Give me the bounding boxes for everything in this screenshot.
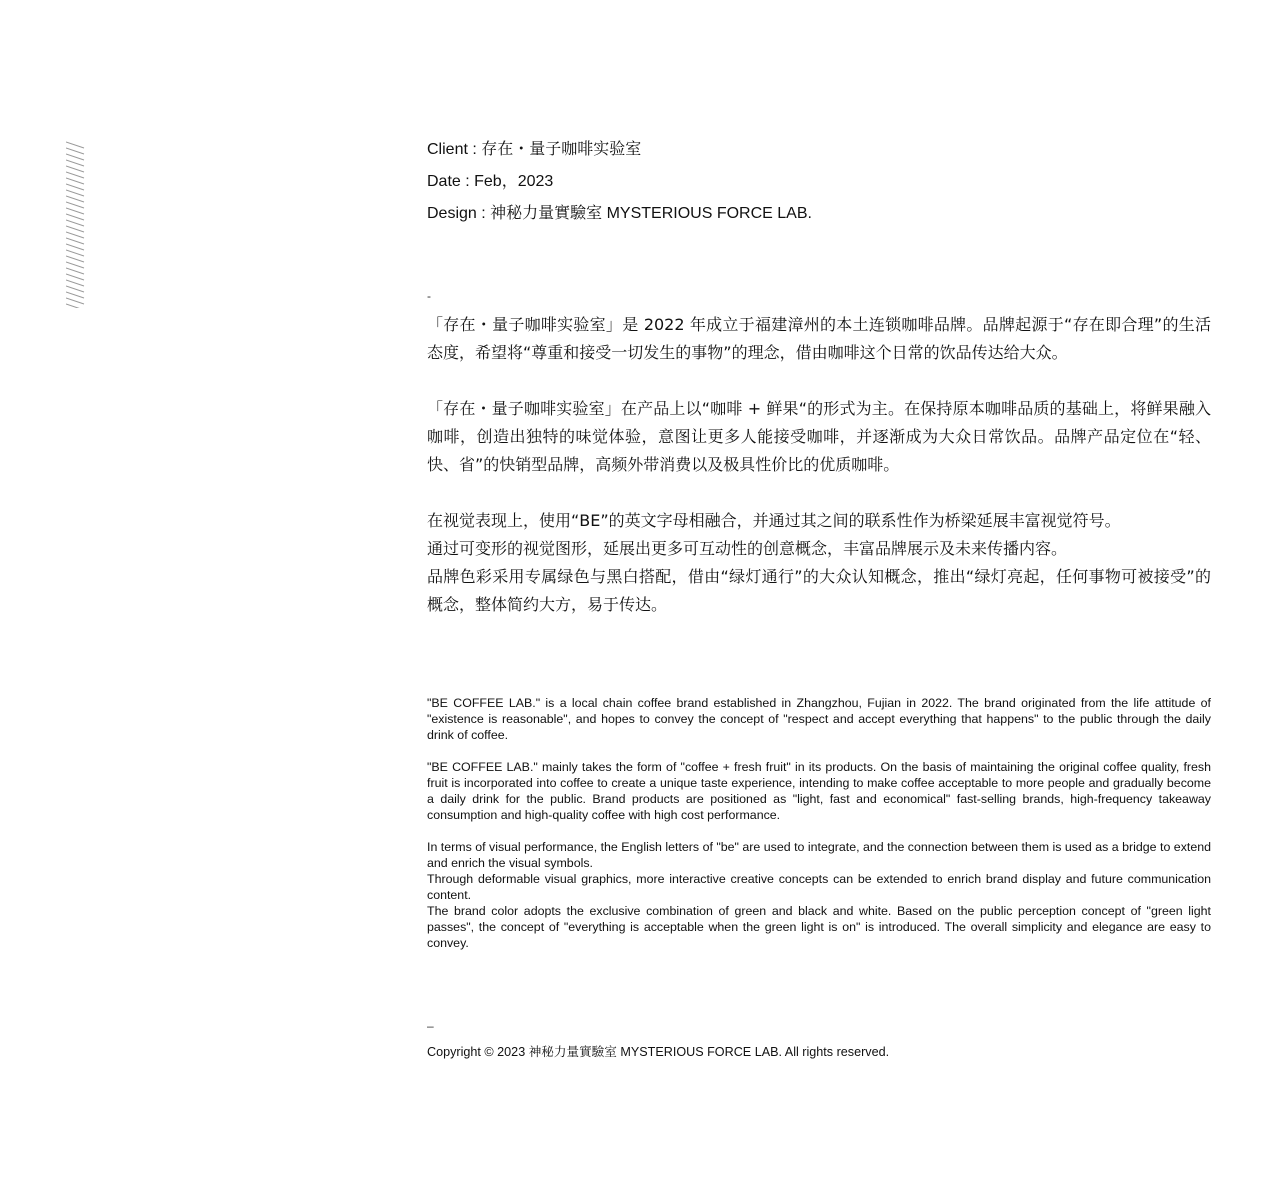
cn-paragraph-graphics: 通过可变形的视觉图形，延展出更多可互动性的创意概念，丰富品牌展示及未来传播内容。 — [427, 535, 1211, 563]
cn-paragraph-intro: 「存在・量子咖啡实验室」是 2022 年成立于福建漳州的本土连锁咖啡品牌。品牌起… — [427, 311, 1211, 367]
en-paragraph-color: The brand color adopts the exclusive com… — [427, 903, 1211, 951]
section-divider: - — [427, 290, 431, 302]
date-line: Date : Feb，2023 — [427, 172, 553, 192]
cn-paragraph-visual: 在视觉表现上，使用“BE”的英文字母相融合，并通过其之间的联系性作为桥梁延展丰富… — [427, 507, 1211, 535]
en-paragraph-product: "BE COFFEE LAB." mainly takes the form o… — [427, 759, 1211, 823]
client-line: Client : 存在・量子咖啡实验室 — [427, 140, 641, 160]
chinese-description: 「存在・量子咖啡实验室」是 2022 年成立于福建漳州的本土连锁咖啡品牌。品牌起… — [427, 311, 1211, 619]
footer-divider: – — [427, 1020, 434, 1032]
design-line: Design : 神秘力量實驗室 MYSTERIOUS FORCE LAB. — [427, 204, 812, 224]
english-description: "BE COFFEE LAB." is a local chain coffee… — [427, 695, 1211, 951]
en-paragraph-visual: In terms of visual performance, the Engl… — [427, 839, 1211, 871]
en-paragraph-intro: "BE COFFEE LAB." is a local chain coffee… — [427, 695, 1211, 743]
cn-paragraph-product: 「存在・量子咖啡实验室」在产品上以“咖啡 + 鲜果“的形式为主。在保持原本咖啡品… — [427, 395, 1211, 479]
diagonal-hatch-icon — [66, 140, 86, 308]
cn-paragraph-color: 品牌色彩采用专属绿色与黑白搭配，借由“绿灯通行”的大众认知概念，推出“绿灯亮起，… — [427, 563, 1211, 619]
en-paragraph-graphics: Through deformable visual graphics, more… — [427, 871, 1211, 903]
copyright-notice: Copyright © 2023 神秘力量實驗室 MYSTERIOUS FORC… — [427, 1044, 889, 1060]
